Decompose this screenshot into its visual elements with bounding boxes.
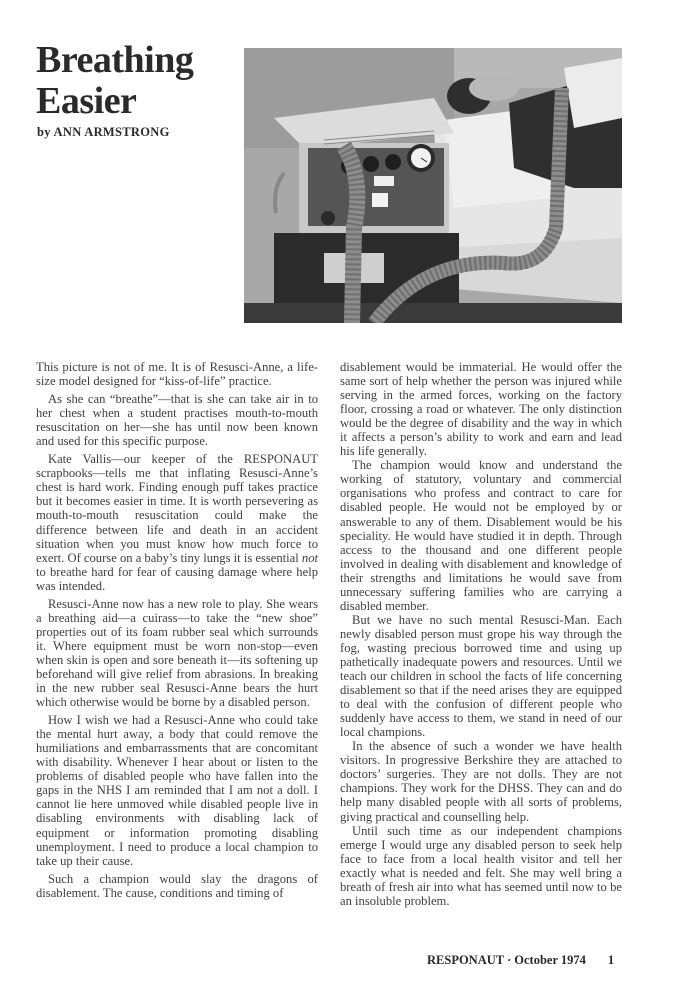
paragraph-text: Kate Vallis—our keeper of the RESPONAUT … xyxy=(36,452,318,564)
paragraph: As she can “breathe”—that is she can tak… xyxy=(36,392,318,448)
ventilator-photo-illustration xyxy=(244,48,622,323)
publication-name: RESPONAUT xyxy=(427,953,504,967)
title-line-2: Easier xyxy=(36,81,193,122)
article-title: Breathing Easier xyxy=(36,40,193,122)
issue-date: October 1974 xyxy=(514,953,586,967)
paragraph: But we have no such mental Resusci-Man. … xyxy=(340,613,622,739)
paragraph-text: to breathe hard for fear of causing dama… xyxy=(36,565,318,593)
paragraph: How I wish we had a Resusci-Anne who cou… xyxy=(36,713,318,868)
title-line-1: Breathing xyxy=(36,40,193,81)
paragraph: Resusci-Anne now has a new role to play.… xyxy=(36,597,318,709)
magazine-page: Breathing Easier by ANN ARMSTRONG xyxy=(0,0,690,1002)
paragraph: Until such time as our independent champ… xyxy=(340,824,622,908)
paragraph: The champion would know and understand t… xyxy=(340,458,622,613)
author-byline: by ANN ARMSTRONG xyxy=(37,125,170,140)
article-photo xyxy=(244,48,622,323)
paragraph: This picture is not of me. It is of Resu… xyxy=(36,360,318,388)
paragraph: Kate Vallis—our keeper of the RESPONAUT … xyxy=(36,452,318,592)
paragraph: disablement would be immaterial. He woul… xyxy=(340,360,622,458)
article-column-right: disablement would be immaterial. He woul… xyxy=(340,360,622,908)
footer-separator: · xyxy=(507,953,511,967)
page-number: 1 xyxy=(608,953,614,967)
paragraph: Such a champion would slay the dragons o… xyxy=(36,872,318,900)
emphasis-text: not xyxy=(302,551,318,565)
page-footer: RESPONAUT·October 19741 xyxy=(427,953,614,968)
article-column-left: This picture is not of me. It is of Resu… xyxy=(36,360,318,904)
paragraph: In the absence of such a wonder we have … xyxy=(340,739,622,823)
